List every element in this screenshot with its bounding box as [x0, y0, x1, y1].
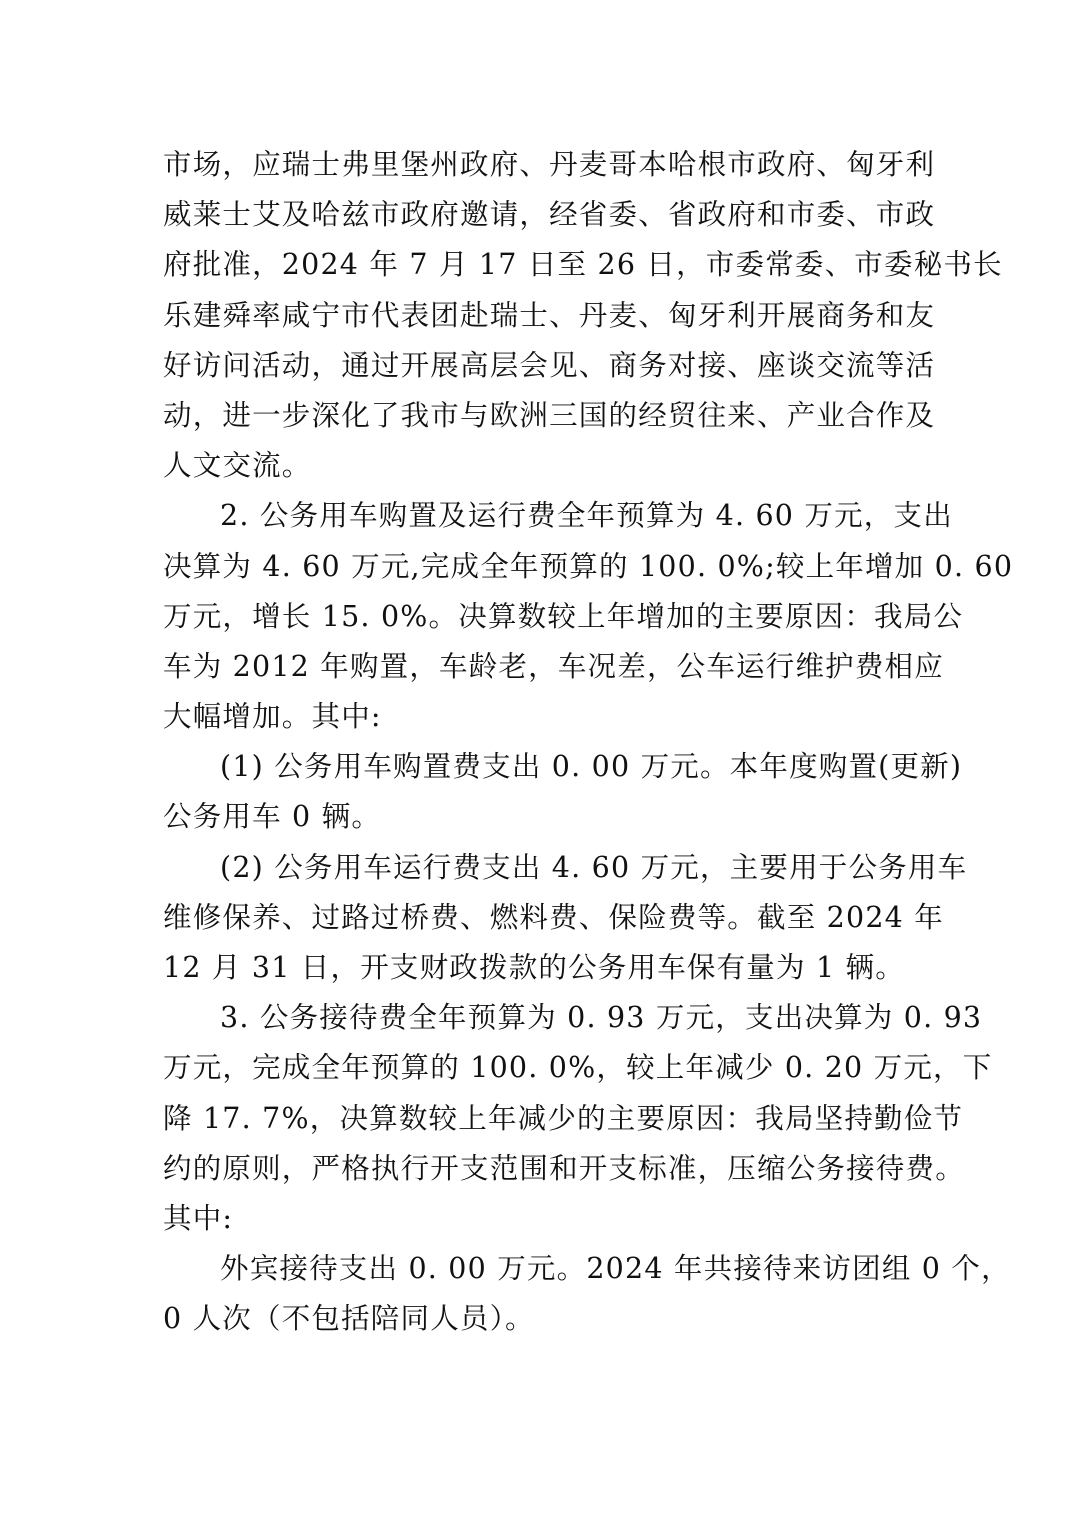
text-line: 大幅增加。其中: — [163, 692, 911, 742]
document-page: 市场，应瑞士弗里堡州政府、丹麦哥本哈根市政府、匈牙利 威莱士艾及哈兹市政府邀请，… — [163, 140, 911, 1345]
text-line: 决算为 4. 60 万元,完成全年预算的 100. 0%;较上年增加 0. 60 — [163, 542, 911, 592]
text-line: 乐建舜率咸宁市代表团赴瑞士、丹麦、匈牙利开展商务和友 — [163, 291, 911, 341]
text-line: 威莱士艾及哈兹市政府邀请，经省委、省政府和市委、市政 — [163, 190, 911, 240]
text-line: (1) 公务用车购置费支出 0. 00 万元。本年度购置(更新) — [163, 742, 911, 792]
paragraph-overseas-visit: 市场，应瑞士弗里堡州政府、丹麦哥本哈根市政府、匈牙利 威莱士艾及哈兹市政府邀请，… — [163, 140, 911, 491]
paragraph-foreign-reception: 外宾接待支出 0. 00 万元。2024 年共接待来访团组 0 个， 0 人次（… — [163, 1244, 911, 1344]
paragraph-reception-expense: 3. 公务接待费全年预算为 0. 93 万元，支出决算为 0. 93 万元，完成… — [163, 993, 911, 1244]
text-line: 2. 公务用车购置及运行费全年预算为 4. 60 万元，支出 — [163, 491, 911, 541]
text-line: 人文交流。 — [163, 441, 911, 491]
text-line: 降 17. 7%，决算数较上年减少的主要原因：我局坚持勤俭节 — [163, 1094, 911, 1144]
text-line: 府批准，2024 年 7 月 17 日至 26 日，市委常委、市委秘书长 — [163, 240, 911, 290]
text-line: 万元，增长 15. 0%。决算数较上年增加的主要原因：我局公 — [163, 592, 911, 642]
text-line: 动，进一步深化了我市与欧洲三国的经贸往来、产业合作及 — [163, 391, 911, 441]
text-line: 其中: — [163, 1194, 911, 1244]
text-line: 车为 2012 年购置，车龄老，车况差，公车运行维护费相应 — [163, 642, 911, 692]
paragraph-vehicle-expense: 2. 公务用车购置及运行费全年预算为 4. 60 万元，支出 决算为 4. 60… — [163, 491, 911, 742]
text-line: 万元，完成全年预算的 100. 0%，较上年减少 0. 20 万元，下 — [163, 1043, 911, 1093]
text-line: 12 月 31 日，开支财政拨款的公务用车保有量为 1 辆。 — [163, 943, 911, 993]
text-line: (2) 公务用车运行费支出 4. 60 万元，主要用于公务用车 — [163, 843, 911, 893]
text-line: 0 人次（不包括陪同人员）。 — [163, 1294, 911, 1344]
text-line: 好访问活动，通过开展高层会见、商务对接、座谈交流等活 — [163, 341, 911, 391]
text-line: 维修保养、过路过桥费、燃料费、保险费等。截至 2024 年 — [163, 893, 911, 943]
text-line: 市场，应瑞士弗里堡州政府、丹麦哥本哈根市政府、匈牙利 — [163, 140, 911, 190]
text-line: 约的原则，严格执行开支范围和开支标准，压缩公务接待费。 — [163, 1144, 911, 1194]
paragraph-vehicle-operation: (2) 公务用车运行费支出 4. 60 万元，主要用于公务用车 维修保养、过路过… — [163, 843, 911, 994]
text-line: 3. 公务接待费全年预算为 0. 93 万元，支出决算为 0. 93 — [163, 993, 911, 1043]
paragraph-vehicle-purchase: (1) 公务用车购置费支出 0. 00 万元。本年度购置(更新) 公务用车 0 … — [163, 742, 911, 842]
text-line: 外宾接待支出 0. 00 万元。2024 年共接待来访团组 0 个， — [163, 1244, 911, 1294]
text-line: 公务用车 0 辆。 — [163, 792, 911, 842]
